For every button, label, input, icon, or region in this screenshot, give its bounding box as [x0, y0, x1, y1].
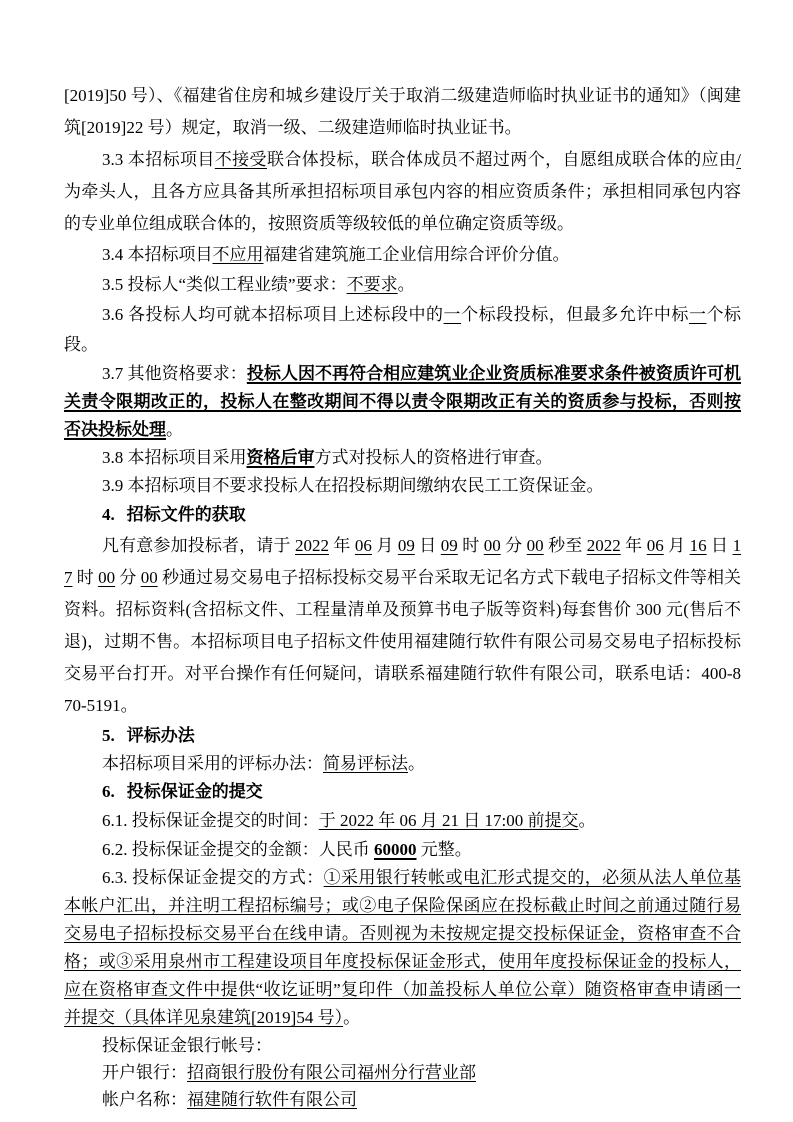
text-run: 分 [115, 568, 141, 587]
time-value: 00 [141, 568, 158, 587]
section-title: 评标办法 [127, 726, 195, 745]
text-run: 3.5 投标人“类似工程业绩”要求： [102, 275, 347, 294]
text-run: [2019]50 号）、《福建省住房和城乡建设厅关于取消二级建造师临时执业证书的… [64, 86, 741, 137]
underlined-value: 不应用 [213, 245, 264, 264]
text-run: 月 [372, 536, 398, 555]
text-run: 6.2. 投标保证金提交的金额：人民币 [102, 840, 374, 859]
bank-account-label: 投标保证金银行帐号： [64, 1032, 741, 1059]
section-6-heading: 6.投标保证金的提交 [64, 778, 741, 806]
text-run: 。 [408, 754, 425, 773]
underlined-value: 不要求 [347, 275, 398, 294]
text-run: 3.9 本招标项目不要求投标人在招投标期间缴纳农民工工资保证金。 [102, 476, 604, 495]
text-run: 凡有意参加投标者，请于 [102, 536, 295, 555]
account-name-row: 帐户名称：福建随行软件有限公司 [64, 1086, 741, 1113]
date-value: 2022 [295, 536, 329, 555]
text-run: 日 [415, 536, 441, 555]
text-run: 个标段投标，但最多允许中标 [461, 305, 689, 324]
text-run: 。 [398, 275, 415, 294]
text-run: 投标保证金银行帐号： [102, 1036, 272, 1055]
text-run: 联合体投标，联合体成员不超过两个，自愿组成联合体的应由 [267, 150, 736, 169]
time-value: 00 [484, 536, 501, 555]
date-value: 06 [647, 536, 664, 555]
underlined-value: 简易评标法 [323, 754, 408, 773]
text-run: 6.3. 投标保证金提交的方式： [102, 868, 324, 887]
text-run: 本招标项目采用的评标办法： [102, 754, 323, 773]
clause-3-5: 3.5 投标人“类似工程业绩”要求：不要求。 [64, 270, 741, 300]
section-number: 5. [102, 726, 115, 745]
clause-3-9: 3.9 本招标项目不要求投标人在招投标期间缴纳农民工工资保证金。 [64, 472, 741, 500]
section-5-heading: 5.评标办法 [64, 722, 741, 750]
deposit-bank-row: 开户银行：招商银行股份有限公司福州分行营业部 [64, 1059, 741, 1086]
text-run: 3.7 其他资格要求： [102, 364, 247, 383]
text-run: 月 [664, 536, 690, 555]
underlined-value: 一 [444, 305, 462, 324]
text-run: 。 [166, 420, 183, 439]
underlined-value: 一 [689, 305, 707, 324]
text-run: 年 [329, 536, 355, 555]
account-name-value: 福建随行软件有限公司 [187, 1090, 357, 1109]
time-value: 00 [527, 536, 544, 555]
field-label: 开户银行： [102, 1063, 187, 1082]
clause-3-6: 3.6 各投标人均可就本招标项目上述标段中的一个标段投标，但最多允许中标一个标段… [64, 300, 741, 360]
clause-3-7: 3.7 其他资格要求：投标人因不再符合相应建筑业企业资质标准要求条件被资质许可机… [64, 360, 741, 444]
deposit-bank-value: 招商银行股份有限公司福州分行营业部 [187, 1063, 476, 1082]
text-run: 元整。 [417, 840, 472, 859]
underlined-blank: / [736, 150, 741, 169]
text-run: 时 [458, 536, 484, 555]
paragraph-continuation: [2019]50 号）、《福建省住房和城乡建设厅关于取消二级建造师临时执业证书的… [64, 80, 741, 144]
text-run: 3.8 本招标项目采用 [102, 448, 247, 467]
text-run: 时 [73, 568, 99, 587]
text-run: 秒通过易交易电子招标投标交易平台采取无记名方式下载电子招标文件等相关资料。招标资… [64, 568, 741, 715]
date-value: 06 [355, 536, 372, 555]
date-value: 09 [398, 536, 415, 555]
text-run: 。 [578, 811, 595, 830]
text-run: 3.6 各投标人均可就本招标项目上述标段中的 [102, 305, 444, 324]
document-page: [2019]50 号）、《福建省住房和城乡建设厅关于取消二级建造师临时执业证书的… [0, 0, 793, 1122]
text-run: 福建省建筑施工企业信用综合评价分值。 [264, 245, 570, 264]
document-content: [2019]50 号）、《福建省住房和城乡建设厅关于取消二级建造师临时执业证书的… [0, 0, 793, 1113]
section-title: 招标文件的获取 [127, 505, 246, 524]
text-run: 3.3 本招标项目 [102, 150, 215, 169]
section-4-body: 凡有意参加投标者，请于 2022 年 06 月 09 日 09 时 00 分 0… [64, 530, 741, 722]
time-value: 00 [98, 568, 115, 587]
bold-underlined-text: 资格后审 [247, 448, 315, 467]
text-run: 年 [621, 536, 647, 555]
text-run: 。 [343, 1008, 360, 1027]
text-run: 3.4 本招标项目 [102, 245, 213, 264]
text-run: 秒至 [544, 536, 587, 555]
clause-6-1: 6.1. 投标保证金提交的时间：于 2022 年 06 月 21 日 17:00… [64, 806, 741, 835]
text-run: 6.1. 投标保证金提交的时间： [102, 811, 319, 830]
text-run: 方式对投标人的资格进行审查。 [315, 448, 553, 467]
section-number: 6. [102, 782, 115, 801]
bond-amount-value: 60000 [374, 840, 417, 859]
text-run: 为牵头人，且各方应具备其所承担招标项目承包内容的相应资质条件；承担相同承包内容的… [64, 182, 741, 233]
field-label: 帐户名称： [102, 1090, 187, 1109]
underlined-text: ①采用银行转帐或电汇形式提交的，必须从法人单位基本帐户汇出，并注明工程招标编号；… [64, 868, 741, 1027]
date-value: 2022 [587, 536, 621, 555]
underlined-value: 不接受 [215, 150, 267, 169]
section-title: 投标保证金的提交 [127, 782, 263, 801]
clause-3-3: 3.3 本招标项目不接受联合体投标，联合体成员不超过两个，自愿组成联合体的应由/… [64, 144, 741, 240]
text-run: 日 [707, 536, 733, 555]
clause-3-8: 3.8 本招标项目采用资格后审方式对投标人的资格进行审查。 [64, 444, 741, 472]
clause-3-4: 3.4 本招标项目不应用福建省建筑施工企业信用综合评价分值。 [64, 240, 741, 270]
clause-6-3: 6.3. 投标保证金提交的方式：①采用银行转帐或电汇形式提交的，必须从法人单位基… [64, 864, 741, 1032]
time-value: 09 [441, 536, 458, 555]
date-value: 16 [690, 536, 707, 555]
text-run: 分 [501, 536, 527, 555]
section-4-heading: 4.招标文件的获取 [64, 500, 741, 530]
underlined-deadline: 于 2022 年 06 月 21 日 17:00 前提交 [319, 811, 579, 830]
section-number: 4. [102, 505, 115, 524]
section-5-body: 本招标项目采用的评标办法：简易评标法。 [64, 750, 741, 778]
clause-6-2: 6.2. 投标保证金提交的金额：人民币 60000 元整。 [64, 835, 741, 864]
